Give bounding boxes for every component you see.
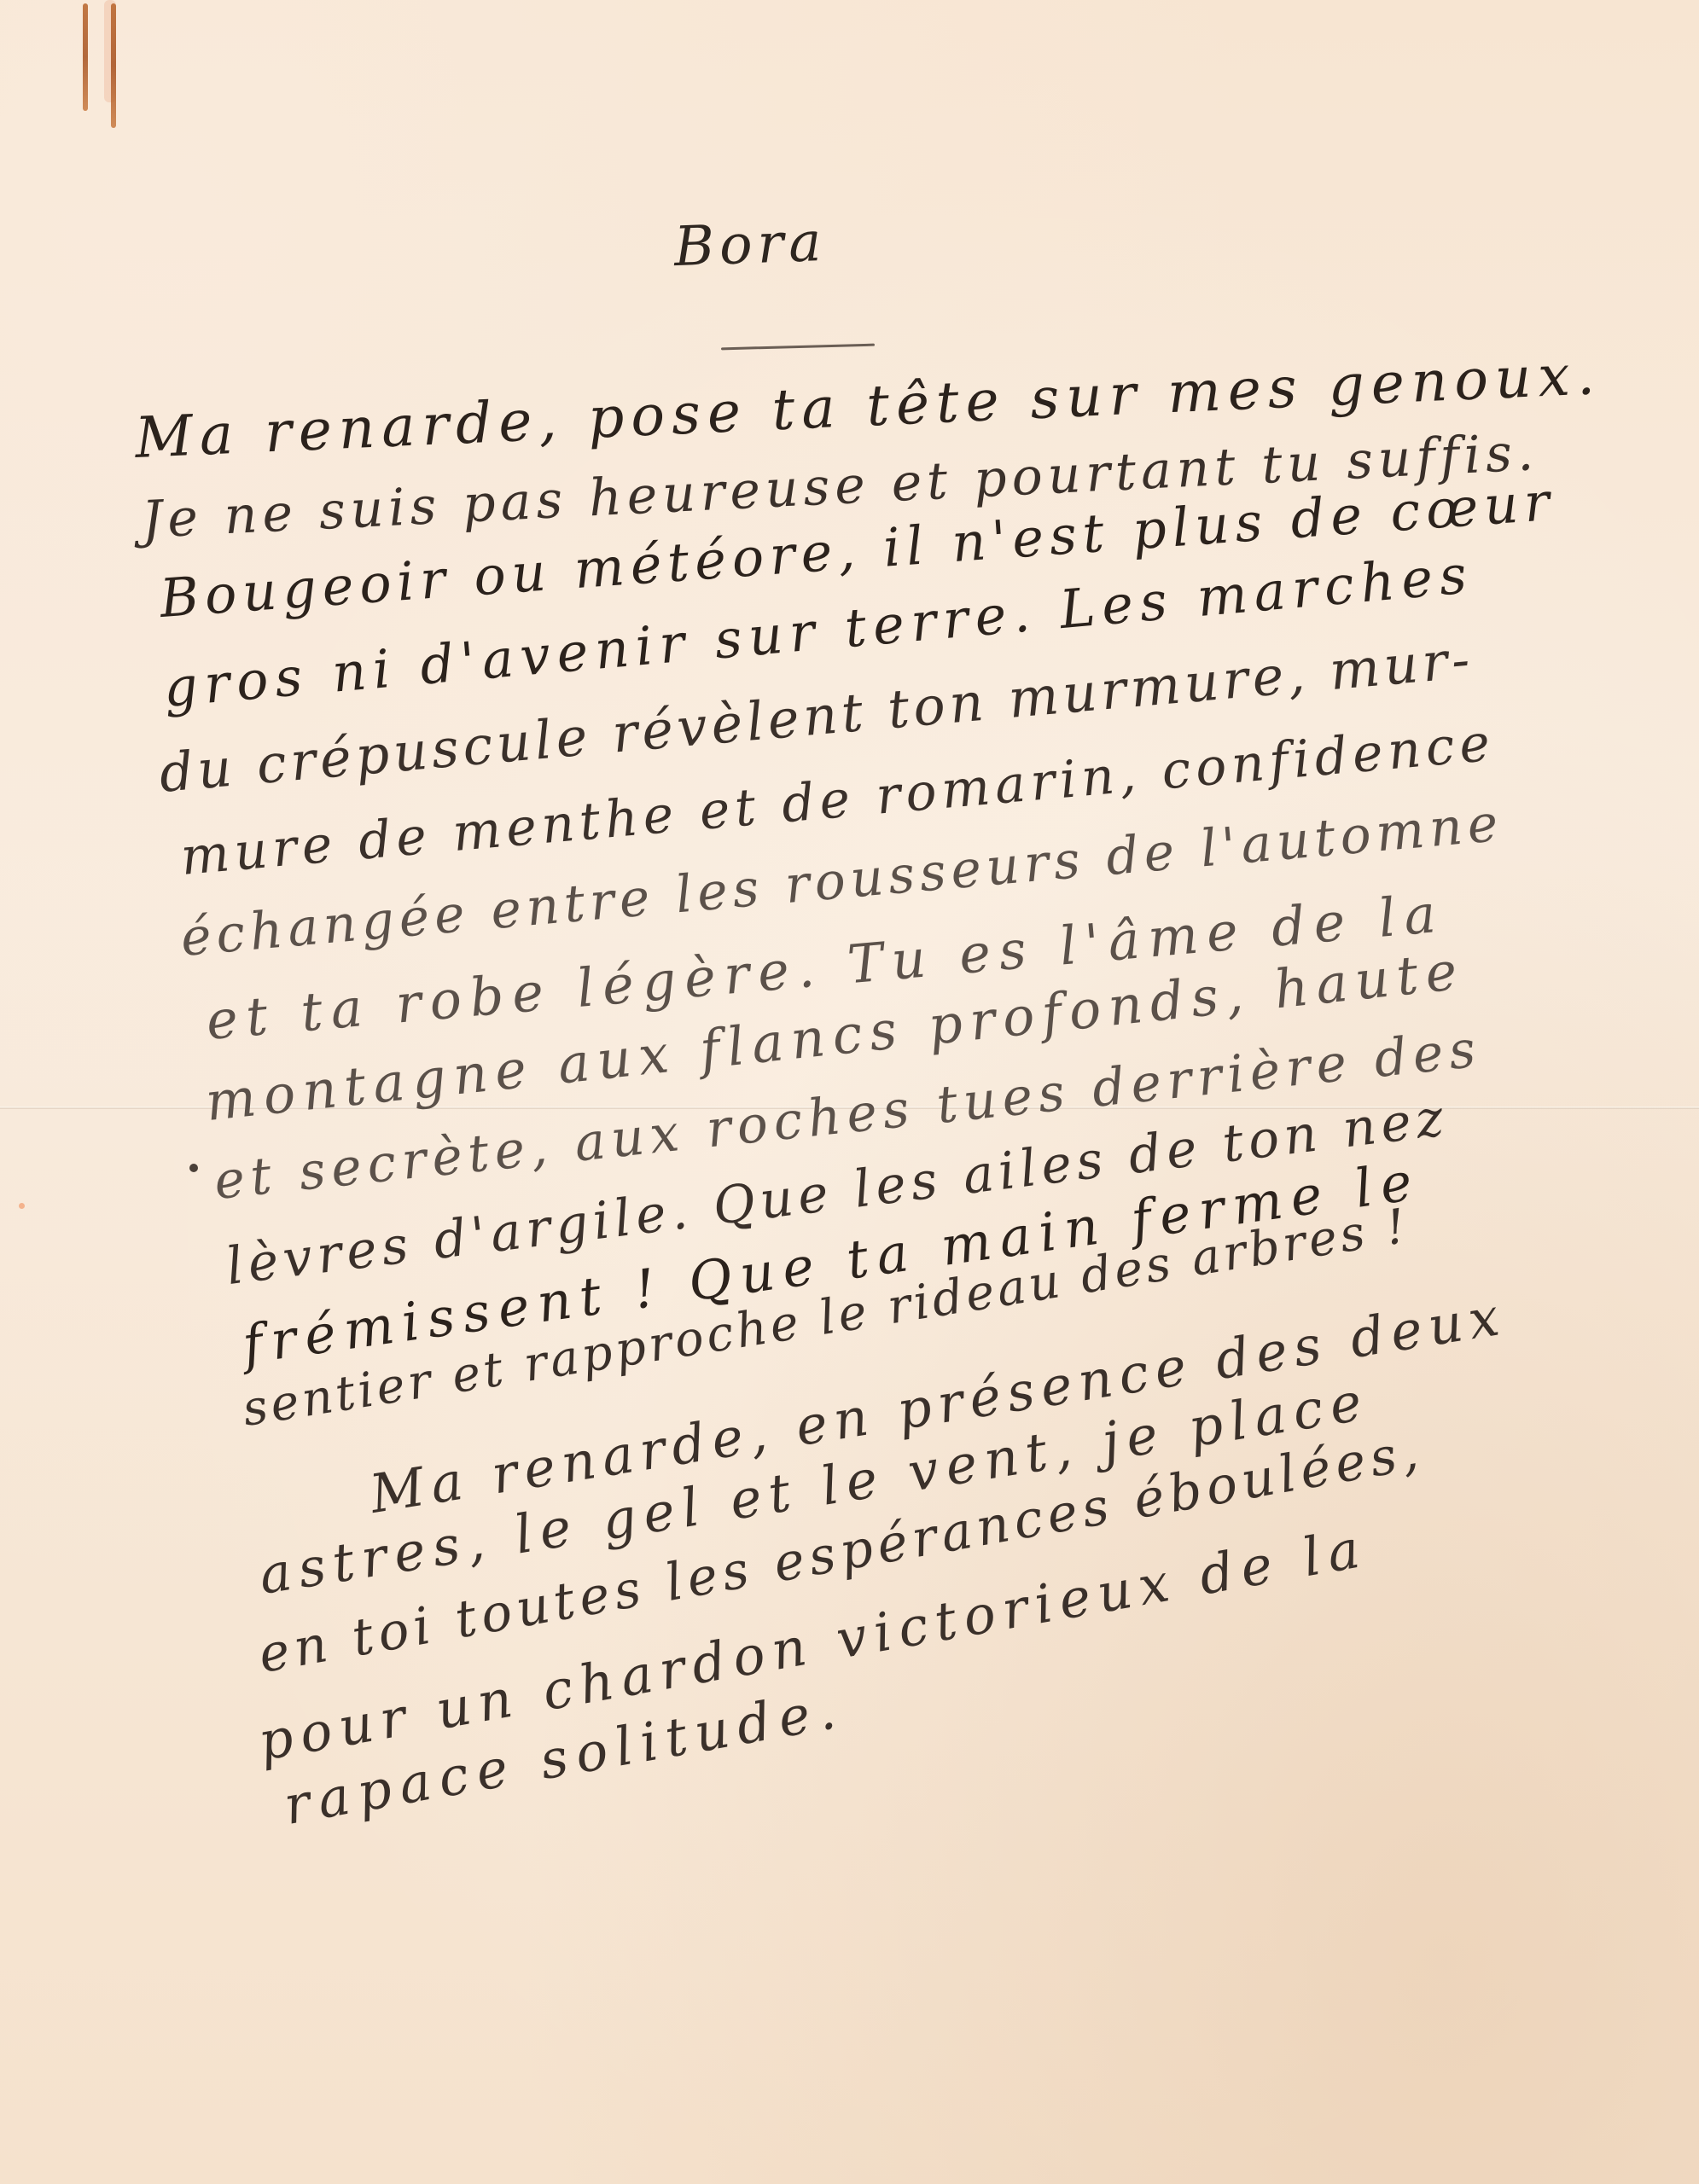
rust-stain-mark <box>83 3 88 111</box>
poem-title: Bora <box>673 211 828 279</box>
manuscript-page: Bora Ma renarde, pose ta tête sur mes ge… <box>0 0 1699 2184</box>
title-underline <box>721 344 875 351</box>
stain-dot <box>19 1203 25 1209</box>
ink-dot <box>189 1164 198 1172</box>
rust-stain-mark <box>111 3 116 128</box>
